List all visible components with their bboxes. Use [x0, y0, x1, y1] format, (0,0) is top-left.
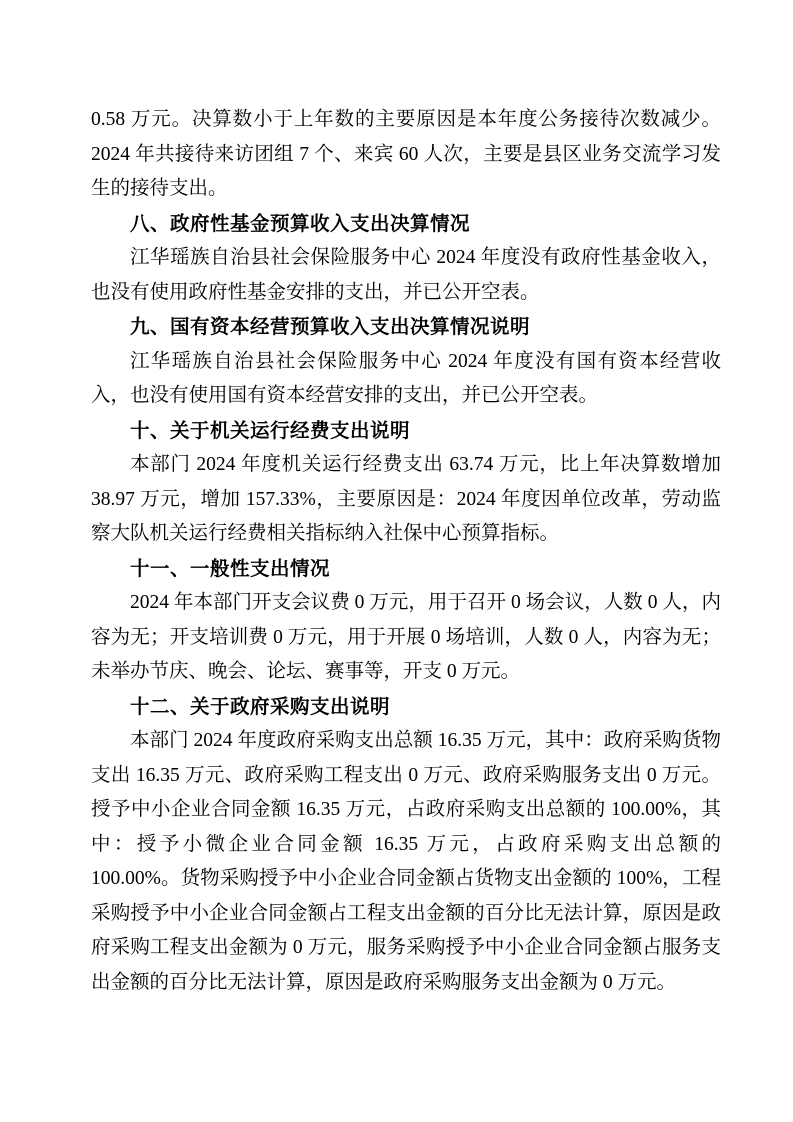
document-page: 0.58 万元。决算数小于上年数的主要原因是本年度公务接待次数减少。2024 年…	[0, 0, 793, 1122]
paragraph-section-11-general-expenditure: 2024 年本部门开支会议费 0 万元，用于召开 0 场会议，人数 0 人，内容…	[91, 586, 721, 690]
paragraph-section-12-government-procurement: 本部门 2024 年度政府采购支出总额 16.35 万元，其中：政府采购货物支出…	[91, 724, 721, 1000]
paragraph-section-10-operating-expenses: 本部门 2024 年度机关运行经费支出 63.74 万元，比上年决算数增加 38…	[91, 448, 721, 552]
paragraph-section-9-state-capital-budget: 江华瑶族自治县社会保险服务中心 2024 年度没有国有资本经营收入，也没有使用国…	[91, 345, 721, 414]
heading-section-12-government-procurement: 十二、关于政府采购支出说明	[91, 690, 721, 725]
document-content: 0.58 万元。决算数小于上年数的主要原因是本年度公务接待次数减少。2024 年…	[91, 103, 721, 1000]
heading-section-11-general-expenditure: 十一、一般性支出情况	[91, 552, 721, 587]
paragraph-section-8-government-fund-budget: 江华瑶族自治县社会保险服务中心 2024 年度没有政府性基金收入，也没有使用政府…	[91, 241, 721, 310]
heading-section-9-state-capital-budget: 九、国有资本经营预算收入支出决算情况说明	[91, 310, 721, 345]
heading-section-8-government-fund-budget: 八、政府性基金预算收入支出决算情况	[91, 207, 721, 242]
heading-section-10-operating-expenses: 十、关于机关运行经费支出说明	[91, 414, 721, 449]
paragraph-reception-expenses-continuation: 0.58 万元。决算数小于上年数的主要原因是本年度公务接待次数减少。2024 年…	[91, 103, 721, 207]
